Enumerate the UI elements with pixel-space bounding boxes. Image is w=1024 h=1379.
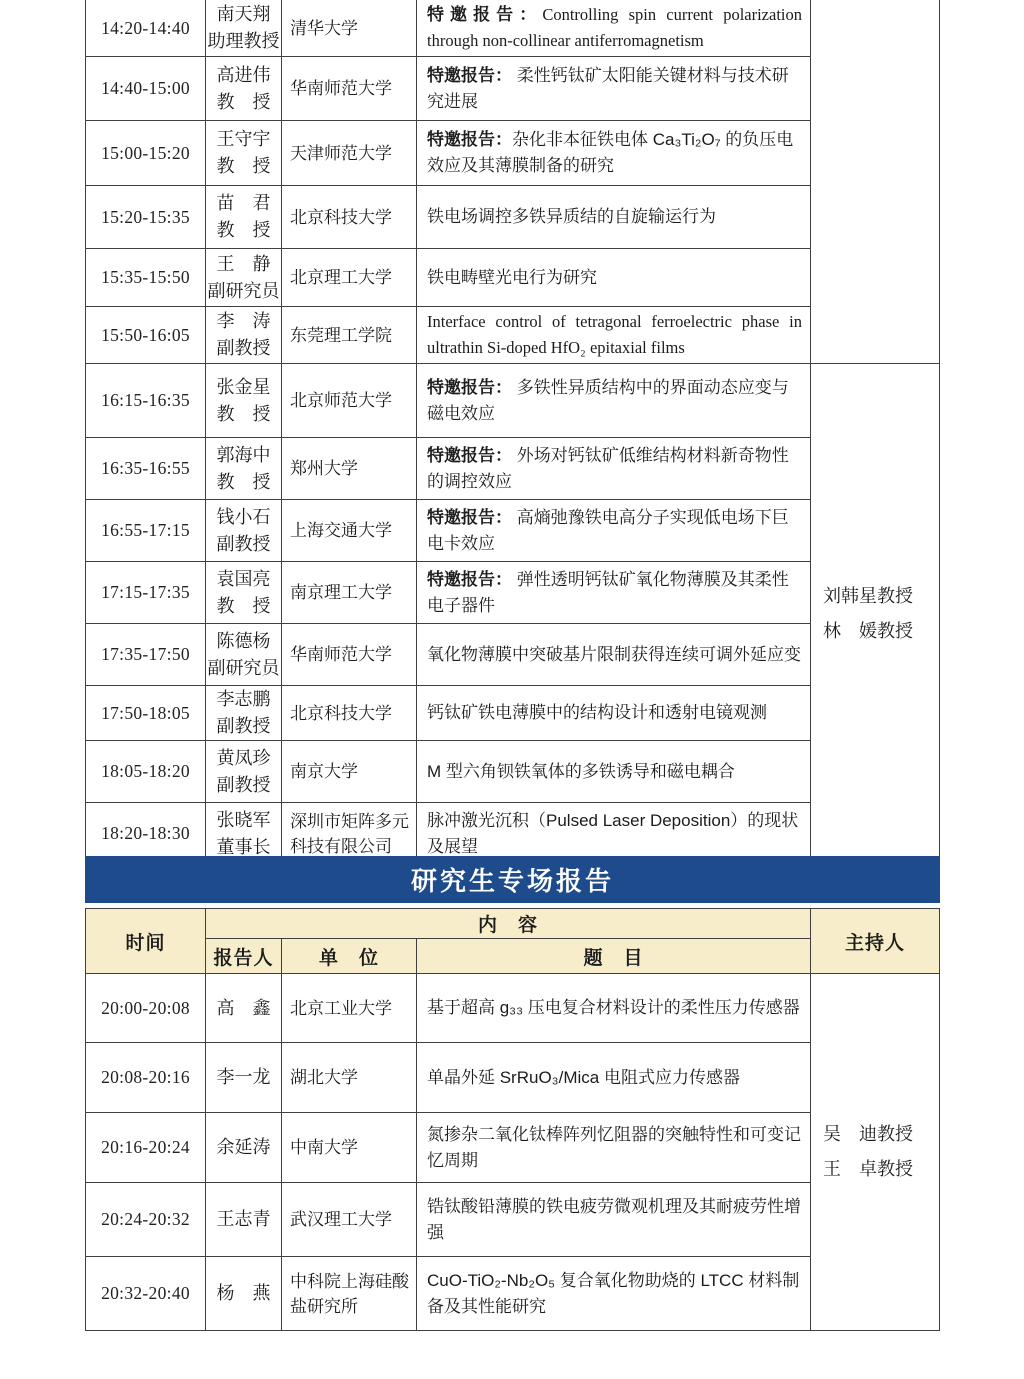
title-cell: 特邀报告： 多铁性异质结构中的界面动态应变与磁电效应 <box>417 364 811 438</box>
chair-cell: 吴 迪教授王 卓教授 <box>811 974 940 1331</box>
grad-session-banner-title: 研究生专场报告 <box>411 861 614 898</box>
title-cell: 特邀报告：Controlling spin current polarizati… <box>417 0 811 57</box>
grad-session-banner: 研究生专场报告 <box>85 856 940 903</box>
title-text: Interface control of tetragonal ferroele… <box>427 312 802 357</box>
grad-header-row: 时间 内 容 主持人 <box>86 909 940 939</box>
speaker-cell: 李 涛副教授 <box>206 307 282 364</box>
speaker-cell: 郭海中教 授 <box>206 438 282 500</box>
title-text: 单晶外延 SrRuO₃/Mica 电阻式应力传感器 <box>427 1068 740 1087</box>
time-cell: 20:32-20:40 <box>86 1257 206 1331</box>
speaker-line: 黄凤珍 <box>207 745 280 772</box>
speaker-line: 高进伟 <box>207 62 280 89</box>
speaker-line: 李 涛 <box>207 308 280 335</box>
chair-name: 刘韩星教授 <box>823 579 937 614</box>
speaker-cell: 余延涛 <box>206 1113 282 1183</box>
institution-cell: 北京科技大学 <box>282 686 417 741</box>
institution-cell: 湖北大学 <box>282 1043 417 1113</box>
institution-cell: 上海交通大学 <box>282 500 417 562</box>
title-text: 铁电场调控多铁异质结的自旋输运行为 <box>427 207 716 226</box>
title-text: 钙钛矿铁电薄膜中的结构设计和透射电镜观测 <box>427 703 767 722</box>
title-prefix: 特邀报告： <box>427 446 512 465</box>
col-header-title: 题 目 <box>417 939 811 974</box>
grad-session-table: 时间 内 容 主持人 报告人 单 位 题 目 20:00-20:08高 鑫北京工… <box>85 908 940 1331</box>
chair-name: 吴 迪教授 <box>823 1117 937 1152</box>
time-cell: 17:50-18:05 <box>86 686 206 741</box>
institution-cell: 清华大学 <box>282 0 417 57</box>
title-cell: 铁电场调控多铁异质结的自旋输运行为 <box>417 186 811 249</box>
speaker-line: 教 授 <box>207 217 280 244</box>
institution-cell: 天津师范大学 <box>282 121 417 186</box>
institution-cell: 华南师范大学 <box>282 624 417 686</box>
speaker-line: 袁国亮 <box>207 566 280 593</box>
time-cell: 14:20-14:40 <box>86 0 206 57</box>
speaker-cell: 王 静副研究员 <box>206 249 282 307</box>
speaker-cell: 王志青 <box>206 1183 282 1257</box>
speaker-line: 教 授 <box>207 593 280 620</box>
chair-cell: 刘韩星教授林 媛教授 <box>811 364 940 865</box>
institution-cell: 北京理工大学 <box>282 249 417 307</box>
institution-cell: 南京理工大学 <box>282 562 417 624</box>
title-text: 基于超高 g₃₃ 压电复合材料设计的柔性压力传感器 <box>427 998 800 1017</box>
institution-cell: 郑州大学 <box>282 438 417 500</box>
speaker-cell: 王守宇教 授 <box>206 121 282 186</box>
title-cell: 单晶外延 SrRuO₃/Mica 电阻式应力传感器 <box>417 1043 811 1113</box>
title-cell: 特邀报告： 柔性钙钛矿太阳能关键材料与技术研究进展 <box>417 57 811 121</box>
title-text: M 型六角钡铁氧体的多铁诱导和磁电耦合 <box>427 762 735 781</box>
time-cell: 20:16-20:24 <box>86 1113 206 1183</box>
chair-name: 林 媛教授 <box>823 614 937 649</box>
speaker-line: 教 授 <box>207 153 280 180</box>
title-text: 脉冲激光沉积（Pulsed Laser Deposition）的现状及展望 <box>427 811 798 856</box>
time-cell: 16:55-17:15 <box>86 500 206 562</box>
speaker-line: 李志鹏 <box>207 686 280 713</box>
title-cell: 特邀报告： 弹性透明钙钛矿氧化物薄膜及其柔性电子器件 <box>417 562 811 624</box>
time-cell: 14:40-15:00 <box>86 57 206 121</box>
time-cell: 15:20-15:35 <box>86 186 206 249</box>
chair-name: 王 卓教授 <box>823 1152 937 1187</box>
speaker-line: 教 授 <box>207 469 280 496</box>
col-header-speaker: 报告人 <box>206 939 282 974</box>
speaker-cell: 袁国亮教 授 <box>206 562 282 624</box>
speaker-cell: 苗 君教 授 <box>206 186 282 249</box>
title-text: 氧化物薄膜中突破基片限制获得连续可调外延应变 <box>427 645 801 664</box>
time-cell: 17:15-17:35 <box>86 562 206 624</box>
speaker-line: 副教授 <box>207 335 280 362</box>
time-cell: 20:08-20:16 <box>86 1043 206 1113</box>
time-cell: 17:35-17:50 <box>86 624 206 686</box>
col-header-content: 内 容 <box>206 909 811 939</box>
title-cell: 基于超高 g₃₃ 压电复合材料设计的柔性压力传感器 <box>417 974 811 1043</box>
speaker-line: 杨 燕 <box>207 1280 280 1307</box>
speaker-cell: 杨 燕 <box>206 1257 282 1331</box>
title-cell: 钙钛矿铁电薄膜中的结构设计和透射电镜观测 <box>417 686 811 741</box>
speaker-line: 高 鑫 <box>207 995 280 1022</box>
speaker-line: 余延涛 <box>207 1134 280 1161</box>
speaker-line: 南天翔 <box>207 1 280 28</box>
speaker-line: 副研究员 <box>207 278 280 305</box>
speaker-cell: 钱小石副教授 <box>206 500 282 562</box>
speaker-line: 张晓军 <box>207 807 280 834</box>
title-prefix: 特邀报告： <box>427 130 512 149</box>
title-prefix: 特邀报告： <box>427 5 542 24</box>
time-cell: 20:00-20:08 <box>86 974 206 1043</box>
title-cell: M 型六角钡铁氧体的多铁诱导和磁电耦合 <box>417 741 811 803</box>
speaker-line: 王 静 <box>207 251 280 278</box>
institution-cell: 中科院上海硅酸盐研究所 <box>282 1257 417 1331</box>
col-header-chair: 主持人 <box>811 909 940 974</box>
title-text: CuO-TiO₂-Nb₂O₅ 复合氧化物助烧的 LTCC 材料制备及其性能研究 <box>427 1271 799 1316</box>
col-header-institution: 单 位 <box>282 939 417 974</box>
time-cell: 15:35-15:50 <box>86 249 206 307</box>
title-cell: 铁电畴壁光电行为研究 <box>417 249 811 307</box>
speaker-line: 教 授 <box>207 89 280 116</box>
time-cell: 18:05-18:20 <box>86 741 206 803</box>
speaker-cell: 陈德杨副研究员 <box>206 624 282 686</box>
speaker-line: 教 授 <box>207 401 280 428</box>
speaker-cell: 李一龙 <box>206 1043 282 1113</box>
col-header-time: 时间 <box>86 909 206 974</box>
speaker-line: 张金星 <box>207 374 280 401</box>
speaker-cell: 南天翔助理教授 <box>206 0 282 57</box>
time-cell: 15:50-16:05 <box>86 307 206 364</box>
time-cell: 16:15-16:35 <box>86 364 206 438</box>
institution-cell: 北京师范大学 <box>282 364 417 438</box>
title-cell: Interface control of tetragonal ferroele… <box>417 307 811 364</box>
institution-cell: 东莞理工学院 <box>282 307 417 364</box>
title-prefix: 特邀报告： <box>427 66 512 85</box>
conference-program-page: 14:20-14:40南天翔助理教授清华大学特邀报告：Controlling s… <box>0 0 1024 1379</box>
title-prefix: 特邀报告： <box>427 378 512 397</box>
speaker-line: 王志青 <box>207 1206 280 1233</box>
title-cell: 锆钛酸铅薄膜的铁电疲劳微观机理及其耐疲劳性增强 <box>417 1183 811 1257</box>
speaker-line: 王守宇 <box>207 126 280 153</box>
speaker-cell: 黄凤珍副教授 <box>206 741 282 803</box>
speaker-line: 郭海中 <box>207 442 280 469</box>
speaker-line: 李一龙 <box>207 1064 280 1091</box>
speaker-line: 钱小石 <box>207 504 280 531</box>
speaker-line: 助理教授 <box>207 28 280 55</box>
title-cell: 特邀报告：杂化非本征铁电体 Ca₃Ti₂O₇ 的负压电效应及其薄膜制备的研究 <box>417 121 811 186</box>
speaker-line: 副研究员 <box>207 655 280 682</box>
speaker-line: 副教授 <box>207 713 280 740</box>
title-cell: CuO-TiO₂-Nb₂O₅ 复合氧化物助烧的 LTCC 材料制备及其性能研究 <box>417 1257 811 1331</box>
speaker-cell: 高 鑫 <box>206 974 282 1043</box>
title-cell: 氮掺杂二氧化钛棒阵列忆阻器的突触特性和可变记忆周期 <box>417 1113 811 1183</box>
title-text: 氮掺杂二氧化钛棒阵列忆阻器的突触特性和可变记忆周期 <box>427 1125 801 1170</box>
speaker-cell: 张金星教 授 <box>206 364 282 438</box>
title-text: 铁电畴壁光电行为研究 <box>427 268 597 287</box>
speaker-cell: 李志鹏副教授 <box>206 686 282 741</box>
institution-cell: 华南师范大学 <box>282 57 417 121</box>
speaker-line: 副教授 <box>207 772 280 799</box>
speaker-line: 副教授 <box>207 531 280 558</box>
time-cell: 15:00-15:20 <box>86 121 206 186</box>
institution-cell: 南京大学 <box>282 741 417 803</box>
title-prefix: 特邀报告： <box>427 570 512 589</box>
time-cell: 16:35-16:55 <box>86 438 206 500</box>
title-prefix: 特邀报告： <box>427 508 512 527</box>
speaker-line: 苗 君 <box>207 190 280 217</box>
table-row: 16:15-16:35张金星教 授北京师范大学特邀报告： 多铁性异质结构中的界面… <box>86 364 940 438</box>
institution-cell: 武汉理工大学 <box>282 1183 417 1257</box>
table-row: 20:00-20:08高 鑫北京工业大学基于超高 g₃₃ 压电复合材料设计的柔性… <box>86 974 940 1043</box>
table-row: 14:20-14:40南天翔助理教授清华大学特邀报告：Controlling s… <box>86 0 940 57</box>
invited-talks-table: 14:20-14:40南天翔助理教授清华大学特邀报告：Controlling s… <box>85 0 940 865</box>
title-text: 锆钛酸铅薄膜的铁电疲劳微观机理及其耐疲劳性增强 <box>427 1197 801 1242</box>
time-cell: 20:24-20:32 <box>86 1183 206 1257</box>
speaker-cell: 高进伟教 授 <box>206 57 282 121</box>
institution-cell: 中南大学 <box>282 1113 417 1183</box>
chair-cell <box>811 0 940 364</box>
title-cell: 特邀报告： 高熵弛豫铁电高分子实现低电场下巨电卡效应 <box>417 500 811 562</box>
title-cell: 特邀报告： 外场对钙钛矿低维结构材料新奇物性的调控效应 <box>417 438 811 500</box>
institution-cell: 北京科技大学 <box>282 186 417 249</box>
speaker-line: 陈德杨 <box>207 628 280 655</box>
institution-cell: 北京工业大学 <box>282 974 417 1043</box>
title-cell: 氧化物薄膜中突破基片限制获得连续可调外延应变 <box>417 624 811 686</box>
